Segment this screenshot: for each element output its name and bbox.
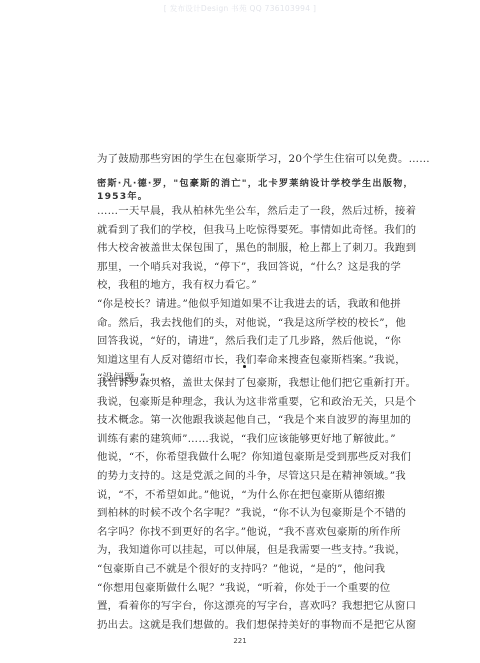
text-line: 为，我知道你可以挂起，可以伸展，但是我需要一些支持。”我说， bbox=[97, 541, 427, 560]
text-line: “包豪斯自己不就是个很好的支持吗？”他说，“是的”，他问我 bbox=[97, 560, 427, 579]
text-line: 为了鼓励那些穷困的学生在包豪斯学习，20个学生住宿可以免费。…… bbox=[97, 150, 427, 169]
text-line: 的势力支持的。这是党派之间的斗争，尽管这只是在精神领域。”我 bbox=[97, 467, 427, 486]
text-line: 扔出去。这就是我们想做的。我们想保持美好的事物而不是把它从窗 bbox=[97, 616, 427, 635]
watermark: [ 发布设计Design 书苑 QQ 736103994 ] bbox=[0, 3, 480, 14]
page-number: 221 bbox=[0, 637, 480, 645]
text-line: 到柏林的时候不改个名字呢？”我说，“你不认为包豪斯是个不错的 bbox=[97, 504, 427, 523]
text-line: “你想用包豪斯做什么呢？”我说，“听着，你处于一个重要的位 bbox=[97, 579, 427, 598]
text-line: 名字吗？你找不到更好的名字。”他说，“我不喜欢包豪斯的所作所 bbox=[97, 523, 427, 542]
intro-line: 为了鼓励那些穷困的学生在包豪斯学习，20个学生住宿可以免费。…… bbox=[97, 150, 427, 169]
text-line: 伟大校舍被盖世太保包围了，黑色的制服，枪上都上了刺刀。我跑到 bbox=[97, 239, 427, 258]
paragraph-1: ……一天早晨，我从柏林先坐公车，然后走了一段，然后过桥，接着 就看到了我们的学校… bbox=[97, 202, 427, 388]
text-line: 知道这里有人反对德绍市长，我们奉命来搜查包豪斯档案。”我说， bbox=[97, 351, 427, 370]
text-line: 训练有素的建筑师”……我说，“我们应该能够更好地了解彼此。” bbox=[97, 430, 427, 449]
text-line: 回答我说，“好的，请进”，然后我们走了几步路，然后他说，“你 bbox=[97, 332, 427, 351]
text-line: 我说，包豪斯是种理念，我认为这非常重要，它和政治无关，只是个 bbox=[97, 393, 427, 412]
text-line: 校，我租的地方，我有权力看它。” bbox=[97, 276, 427, 295]
text-line: 置，看着你的写字台，你这漂亮的写字台，喜欢吗？我想把它从窗口 bbox=[97, 597, 427, 616]
text-line: 说，“不，不希望如此。”他说，“为什么你在把包豪斯从德绍搬 bbox=[97, 486, 427, 505]
text-line: “你是校长？请进。”他似乎知道如果不让我进去的话，我敢和他拼 bbox=[97, 295, 427, 314]
text-line: 我告诉罗森贝格，盖世太保封了包豪斯，我想让他们把它重新打开。 bbox=[97, 374, 427, 393]
citation: 密斯·凡·德·罗，"包豪斯的消亡"，北卡罗莱纳设计学校学生出版物， 1953年。 bbox=[97, 178, 427, 203]
text-line: 就看到了我们的学校，但我马上吃惊得要死。事情如此奇怪。我们的 bbox=[97, 221, 427, 240]
text-line: 那里，一个哨兵对我说，“停下”，我回答说，“什么？这是我的学 bbox=[97, 258, 427, 277]
paragraph-2: 我告诉罗森贝格，盖世太保封了包豪斯，我想让他们把它重新打开。 我说，包豪斯是种理… bbox=[97, 374, 427, 634]
citation-line: 密斯·凡·德·罗，"包豪斯的消亡"，北卡罗莱纳设计学校学生出版物， bbox=[97, 178, 427, 191]
text-line: 命。然后，我去找他们的头，对他说，“我是这所学校的校长”，他 bbox=[97, 314, 427, 333]
ink-dot bbox=[243, 365, 246, 368]
text-line: 技术概念。第一次他跟我谈起他自己，“我是个来自波罗的海里加的 bbox=[97, 411, 427, 430]
text-line: ……一天早晨，我从柏林先坐公车，然后走了一段，然后过桥，接着 bbox=[97, 202, 427, 221]
text-line: 他说，“不，你希望我做什么呢？你知道包豪斯是受到那些反对我们 bbox=[97, 448, 427, 467]
